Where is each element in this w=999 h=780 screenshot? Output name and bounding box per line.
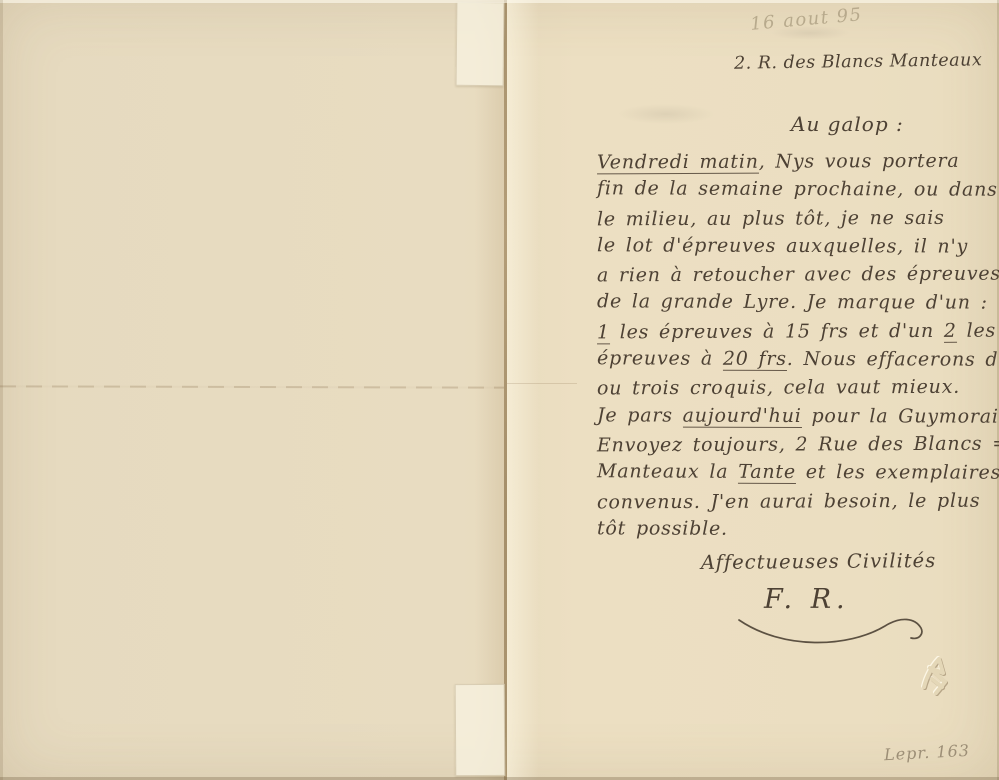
letter-line: tôt possible. (597, 517, 997, 547)
letter-line: convenus. J'en aurai besoin, le plus (597, 489, 997, 519)
salutation: Au galop : (791, 112, 904, 136)
fold-shadow (474, 0, 504, 780)
letter-line: épreuves à 20 frs. Nous effacerons deux (597, 347, 997, 377)
letter-line: fin de la semaine prochaine, ou dans (597, 178, 997, 208)
fold-highlight (507, 0, 539, 780)
letter-line: Je pars aujourd'hui pour la Guymorais (597, 404, 997, 434)
letter-line: Manteaux la Tante et les exemplaires (597, 461, 997, 491)
letter-line: Vendredi matin, Nys vous portera (597, 150, 997, 180)
closing-line: Affectueuses Civilités (701, 549, 936, 574)
letter-line: de la grande Lyre. Je marque d'un : (597, 291, 997, 321)
horizontal-fold-crease-right (507, 383, 577, 384)
letter-line: Envoyez toujours, 2 Rue des Blancs = (597, 433, 997, 463)
letter-line: ou trois croquis, cela vaut mieux. (597, 376, 997, 406)
letter-line: a rien à retoucher avec des épreuves (597, 263, 997, 293)
letter-line: 1 les épreuves à 15 frs et d'un 2 les (597, 319, 997, 349)
pencil-smudge (618, 104, 714, 124)
signature-flourish (733, 610, 933, 658)
letter-line: le milieu, au plus tôt, je ne sais (597, 206, 997, 236)
scan-edge-left (0, 0, 3, 780)
scan-edge-top (0, 0, 999, 3)
letter-body: Vendredi matin, Nys vous portera fin de … (597, 150, 997, 546)
hinge-tape-top (456, 2, 505, 86)
address-line: 2. R. des Blancs Manteaux (734, 50, 983, 73)
letter-scan: 16 aout 95 2. R. des Blancs Manteaux Au … (0, 0, 999, 780)
left-page (0, 0, 504, 780)
blind-stamp-icon (912, 651, 958, 703)
hinge-tape-bottom (455, 684, 506, 776)
letter-line: le lot d'épreuves auxquelles, il n'y (597, 234, 997, 264)
